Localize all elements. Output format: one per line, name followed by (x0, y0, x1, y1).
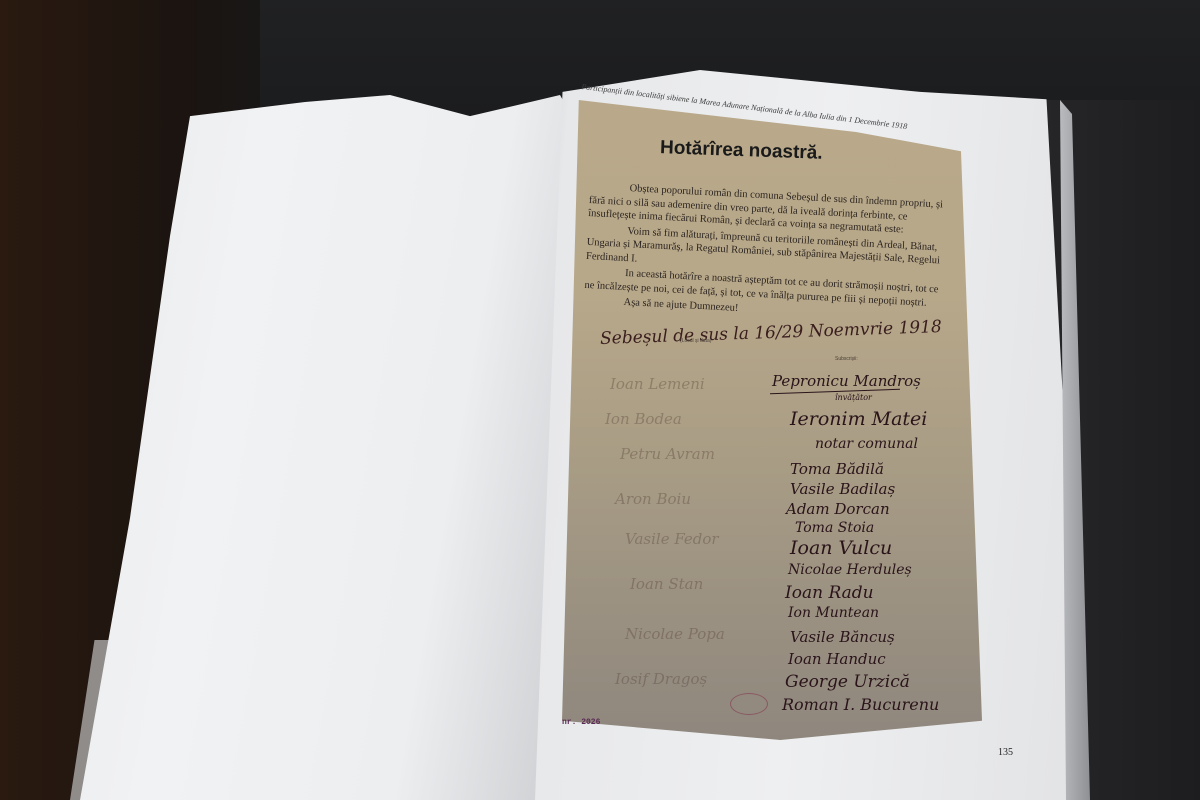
signature: Pepronicu Mandroș (772, 372, 921, 390)
signature: Ieronim Matei (790, 408, 927, 430)
faded-signature: Petru Avram (620, 445, 715, 463)
faded-signature: Ioan Lemeni (610, 375, 705, 393)
signature: Toma Stoia (795, 520, 874, 536)
signature: Ioan Radu (785, 583, 874, 603)
signature: Ioan Vulcu (790, 537, 892, 559)
faded-signature: Ioan Stan (630, 575, 703, 593)
signature: Vasile Badilaș (790, 480, 895, 498)
signature: Ioan Handuc (788, 650, 886, 668)
signature: George Urzică (785, 672, 910, 692)
signature: Toma Bădilă (790, 460, 884, 478)
page-number: 135 (998, 747, 1013, 758)
subscribed-label: Subscrișii: (835, 356, 858, 362)
faded-signature: Iosif Dragoș (615, 670, 707, 688)
archive-stamp (730, 693, 768, 715)
signature: Ion Muntean (788, 605, 879, 621)
place-date-caption: (Locul și data) (680, 338, 711, 344)
signature: Roman I. Bucurenu (782, 695, 939, 714)
signature-role: notar comunal (815, 436, 918, 452)
signature-role: învățător (835, 393, 872, 402)
signature: Adam Dorcan (786, 500, 890, 518)
signature: Nicolae Herduleș (788, 562, 912, 578)
faded-signature: Aron Boiu (615, 490, 691, 508)
faded-signature: Vasile Fedor (625, 530, 719, 548)
document-body: Obștea poporului român din comuna Sebeșu… (583, 180, 949, 328)
faded-signature: Nicolae Popa (625, 625, 725, 643)
faded-signature: Ion Bodea (605, 410, 682, 428)
archive-reference: nr. 2026 (562, 718, 600, 727)
signature: Vasile Băncuș (790, 628, 895, 646)
